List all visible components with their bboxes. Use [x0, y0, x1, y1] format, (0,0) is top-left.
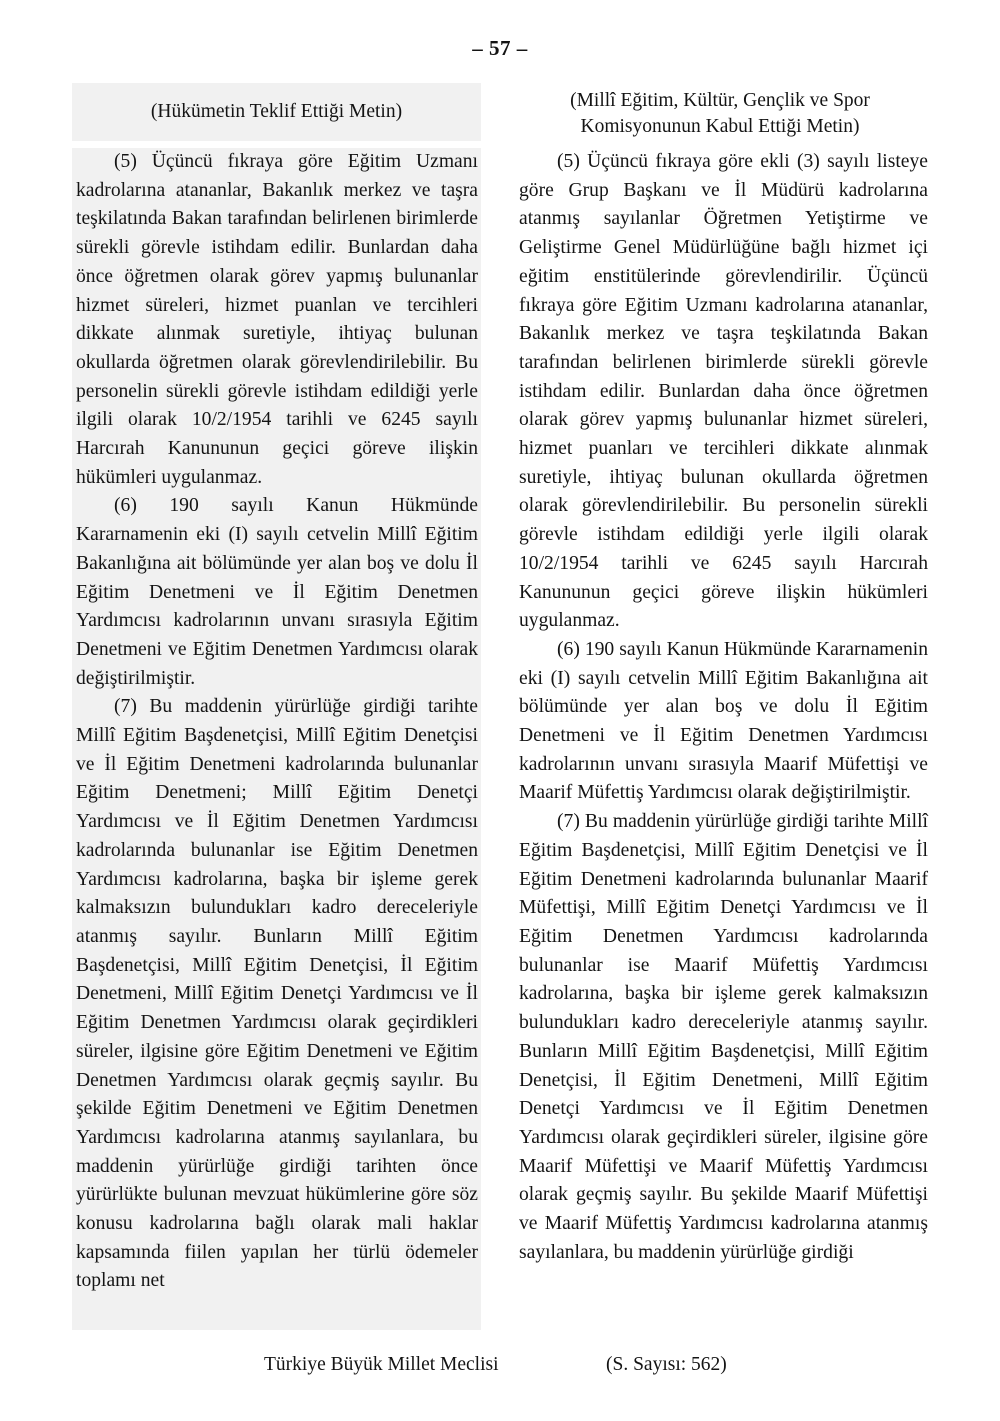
right-paragraph-5: (5) Üçüncü fıkraya göre ekli (3) sayılı …: [519, 148, 928, 636]
right-column-title-line2: Komisyonunun Kabul Ettiği Metin): [515, 114, 925, 140]
right-paragraph-7: (7) Bu maddenin yürürlüğe girdiği tariht…: [519, 808, 928, 1267]
left-paragraph-5: (5) Üçüncü fıkraya göre Eğitim Uzmanı ka…: [76, 148, 478, 492]
page-number: – 57 –: [0, 36, 1000, 61]
left-column-title: (Hükümetin Teklif Ettiği Metin): [151, 99, 402, 125]
left-column-header: (Hükümetin Teklif Ettiği Metin): [72, 83, 481, 141]
left-paragraph-7: (7) Bu maddenin yürürlüğe girdiği tariht…: [76, 693, 478, 1296]
left-column-body: (5) Üçüncü fıkraya göre Eğitim Uzmanı ka…: [72, 148, 481, 1330]
footer-organization: Türkiye Büyük Millet Meclisi: [264, 1354, 499, 1376]
right-column-header: (Millî Eğitim, Kültür, Gençlik ve Spor K…: [515, 88, 925, 140]
right-column-title-line1: (Millî Eğitim, Kültür, Gençlik ve Spor: [515, 88, 925, 114]
right-column-body: (5) Üçüncü fıkraya göre ekli (3) sayılı …: [519, 148, 928, 1267]
right-paragraph-6: (6) 190 sayılı Kanun Hükmünde Kararnamen…: [519, 636, 928, 808]
left-paragraph-6: (6) 190 sayılı Kanun Hükmünde Kararnamen…: [76, 492, 478, 693]
footer-issue-number: (S. Sayısı: 562): [606, 1354, 727, 1376]
